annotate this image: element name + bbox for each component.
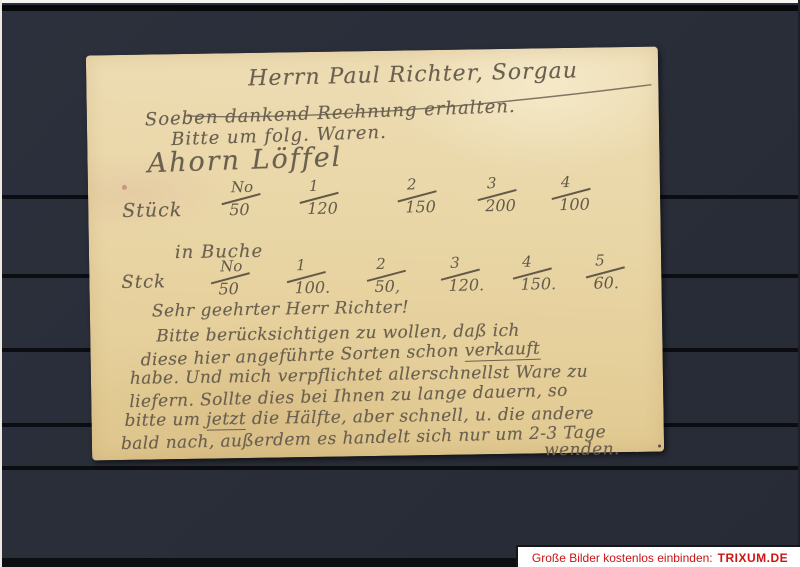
trixum-watermark: Große Bilder kostenlos einbinden: TRIXUM… bbox=[516, 545, 800, 567]
order2-size-qty: 4150. bbox=[510, 254, 563, 297]
paper-stain bbox=[122, 185, 127, 190]
ink-fleck bbox=[658, 445, 661, 448]
order2-size-qty: No50 bbox=[208, 259, 261, 302]
order1-size-qty: 2150 bbox=[395, 177, 448, 220]
scan-edge-top bbox=[0, 0, 800, 3]
product-heading: Ahorn Löffel bbox=[147, 142, 343, 179]
pocket-line bbox=[2, 466, 800, 470]
order2-size-qty: 560. bbox=[583, 253, 636, 296]
order1-label: Stück bbox=[122, 199, 182, 222]
order2-size-qty: 250, bbox=[364, 256, 417, 299]
watermark-brand: TRIXUM.DE bbox=[718, 551, 789, 565]
order1-size-qty: 4100 bbox=[549, 174, 602, 217]
scan-edge-left bbox=[0, 0, 2, 567]
watermark-text: Große Bilder kostenlos einbinden: bbox=[532, 551, 713, 565]
order1-size-qty: No50 bbox=[219, 180, 272, 223]
order2-size-qty: 3120. bbox=[438, 255, 491, 298]
order1-size-qty: 3200 bbox=[475, 176, 528, 219]
order2-label: Stck bbox=[121, 271, 166, 293]
body-closing: wenden. bbox=[544, 439, 620, 460]
order2-size-qty: 1100. bbox=[284, 258, 337, 301]
underlined-word: jetzt bbox=[206, 409, 246, 431]
order1-size-qty: 1120 bbox=[297, 178, 350, 221]
salutation-line: Sehr geehrter Herr Richter! bbox=[152, 297, 410, 321]
postcard: Herrn Paul Richter, Sorgau Soeben danken… bbox=[86, 47, 664, 461]
underlined-word: verkauft bbox=[464, 339, 540, 362]
pocket-line bbox=[2, 5, 800, 11]
